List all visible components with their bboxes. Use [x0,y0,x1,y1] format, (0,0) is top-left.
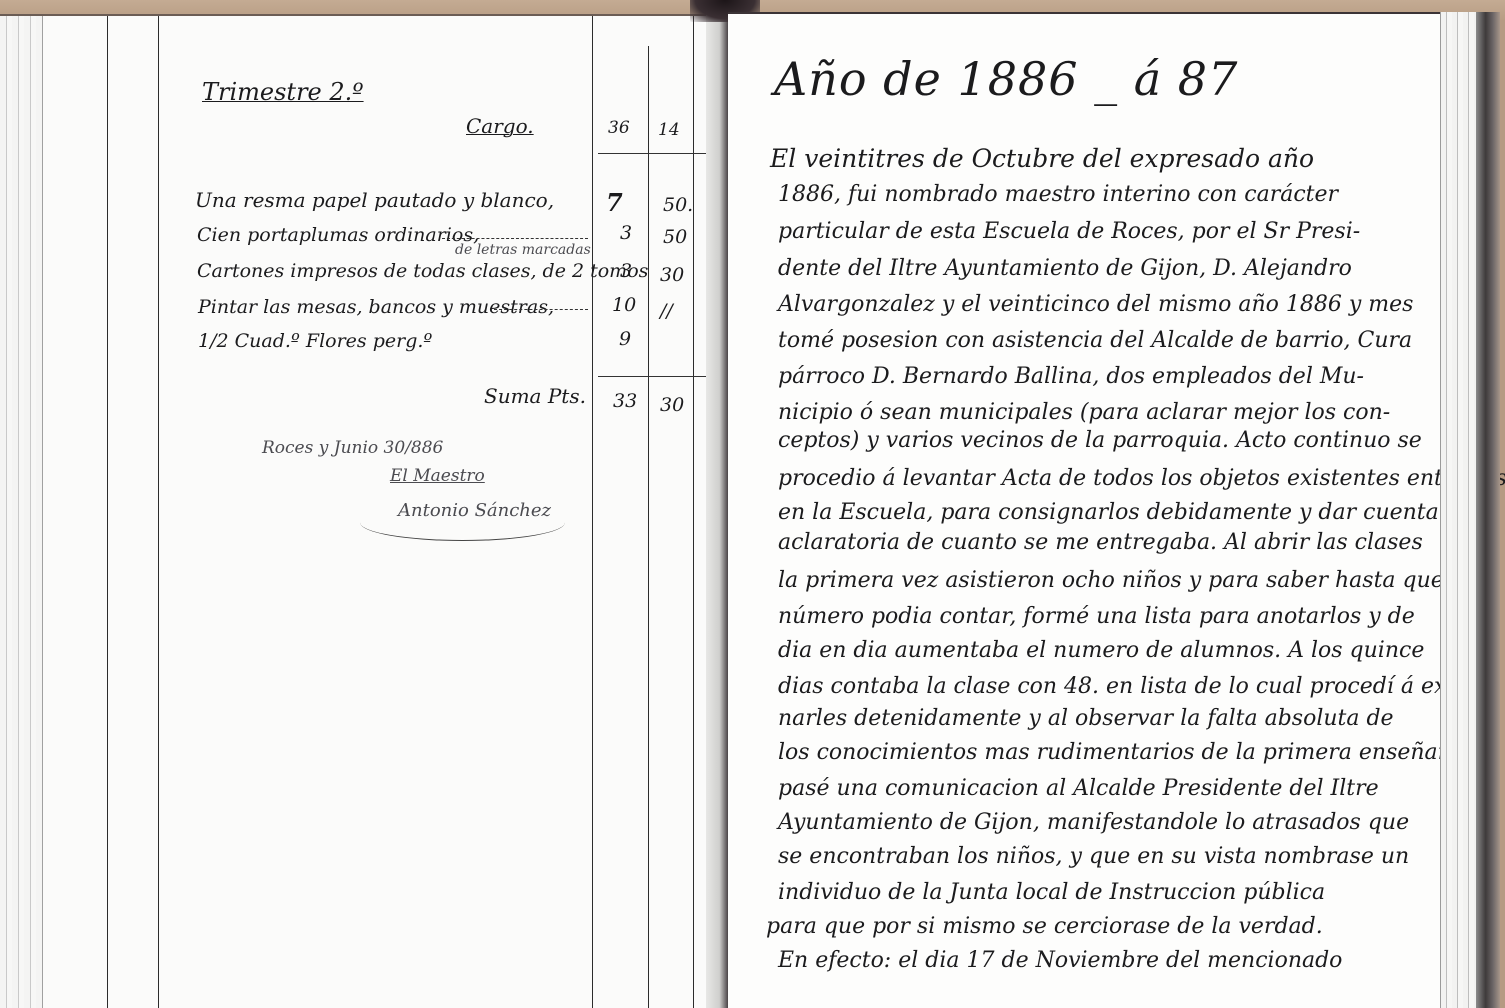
narrative-line: El veintitres de Octubre del expresado a… [770,144,1314,173]
left-page: Trimestre 2.º Cargo. 36 14 Una resma pap… [0,14,722,1008]
narrative-line: Ayuntamiento de Gijon, manifestandole lo… [778,810,1409,835]
signature-flourish [360,504,565,541]
narrative-line: Alvargonzalez y el veinticinco del mismo… [778,292,1413,317]
right-page: Año de 1886 _ á 87 El veintitres de Octu… [728,12,1440,1008]
amount-column-rule-right [693,16,694,1008]
narrative-line: dias contaba la clase con 48. en lista d… [778,674,1495,699]
total-label: Suma Pts. [484,384,586,408]
narrative-line: párroco D. Bernardo Ballina, dos emplead… [778,364,1364,389]
entry-annotation: de letras marcadas [455,242,591,258]
narrative-line: procedio á levantar Acta de todos los ob… [778,466,1505,491]
entry-cents: 30 [660,264,684,286]
narrative-line: ceptos) y varios vecinos de la parroquia… [778,428,1422,453]
entry-description: Pintar las mesas, bancos y muestras, [198,296,554,318]
quarter-heading: Trimestre 2.º [202,78,364,106]
place-and-date: Roces y Junio 30/886 [262,438,443,458]
entry-description: 1/2 Cuad.º Flores perg.º [198,330,432,352]
narrative-line: número podia contar, formé una lista par… [778,604,1415,629]
cargo-column-title: Cargo. [466,114,534,138]
entry-reales: 10 [612,294,636,316]
amount-column-rule-left [592,16,593,1008]
entry-cents: 50. [663,194,693,216]
column-header-cents: 14 [658,120,680,140]
signer-title: El Maestro [390,466,485,486]
margin-rule-1 [107,16,108,1008]
narrative-line: en la Escuela, para consignarlos debidam… [778,500,1439,525]
total-cents: 30 [660,394,684,416]
entry-reales: 7 [606,188,623,217]
narrative-line: dia en dia aumentaba el numero de alumno… [778,638,1424,663]
year-heading: Año de 1886 _ á 87 [774,52,1238,106]
left-page-edge-stack [0,16,43,1008]
entry-description: Cartones impresos de todas clases, de 2 … [197,260,648,282]
column-header-reales: 36 [608,118,630,138]
header-flourish-rule [598,153,716,154]
right-page-edge-stack [1440,12,1477,1008]
narrative-line: pasé una comunicacion al Alcalde Preside… [778,776,1379,801]
entry-cents: 50 [663,226,687,248]
narrative-line: 1886, fui nombrado maestro interino con … [778,182,1338,207]
narrative-line: En efecto: el dia 17 de Noviembre del me… [778,948,1342,973]
total-reales: 33 [613,390,637,412]
entry-reales: 3 [620,260,632,282]
entry-cents: // [660,300,673,322]
open-ledger-book: Trimestre 2.º Cargo. 36 14 Una resma pap… [0,12,1500,1008]
narrative-line: para que por si mismo se cerciorase de l… [766,914,1323,939]
narrative-line: aclaratoria de cuanto se me entregaba. A… [778,530,1423,555]
book-cover-edge [1476,12,1500,1008]
entry-description: Cien portaplumas ordinarios, [197,224,479,246]
narrative-line: la primera vez asistieron ocho niños y p… [778,568,1444,593]
narrative-line: tomé posesion con asistencia del Alcalde… [778,328,1412,353]
narrative-line: dente del Iltre Ayuntamiento de Gijon, D… [778,256,1352,281]
entry-reales: 3 [620,222,632,244]
dash-leader [442,238,588,239]
dash-leader [494,309,588,310]
narrative-line: los conocimientos mas rudimentarios de l… [778,740,1484,765]
narrative-line: particular de esta Escuela de Roces, por… [778,219,1360,244]
narrative-line: nicipio ó sean municipales (para aclarar… [778,400,1390,425]
amount-column-rule-mid [648,46,649,1008]
narrative-line: narles detenidamente y al observar la fa… [778,706,1394,731]
narrative-line: se encontraban los niños, y que en su vi… [778,844,1409,869]
margin-rule-2 [158,16,159,1008]
entry-reales: 9 [619,328,631,350]
narrative-line: individuo de la Junta local de Instrucci… [778,880,1325,905]
total-rule [598,376,716,377]
entry-description: Una resma papel pautado y blanco, [195,188,554,212]
